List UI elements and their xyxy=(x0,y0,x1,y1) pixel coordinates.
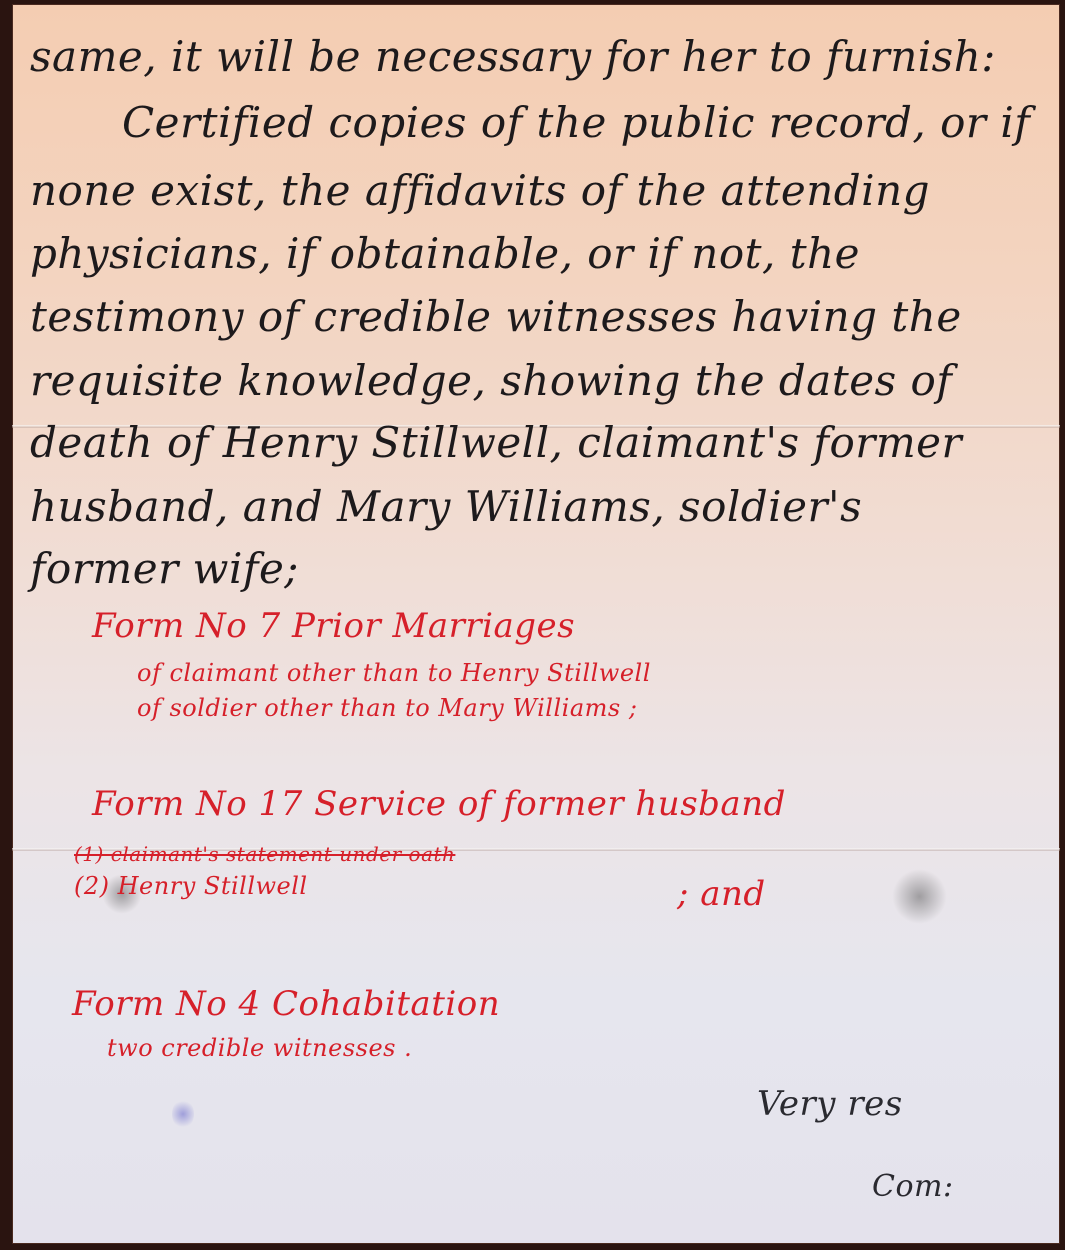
body-line-3: none exist, the affidavits of the attend… xyxy=(30,166,930,215)
form-7-line-1: of claimant other than to Henry Stillwel… xyxy=(137,659,651,687)
closing-very-respectfully: Very res xyxy=(757,1084,903,1124)
form-7-line-1-text: of claimant other than to Henry Stillwel… xyxy=(137,659,651,687)
body-line-9: former wife; xyxy=(30,544,299,593)
form-4-line-1: two credible witnesses . xyxy=(107,1034,412,1062)
body-line-7: death of Henry Stillwell, claimant's for… xyxy=(30,418,962,467)
form-7-heading: Form No 7 Prior Marriages xyxy=(92,606,575,646)
body-line-4: physicians, if obtainable, or if not, th… xyxy=(30,229,860,278)
letter-page: same, it will be necessary for her to fu… xyxy=(12,4,1060,1244)
closing-commissioner: Com: xyxy=(872,1169,954,1204)
form-17-line-1-struck: (1) claimant's statement under oath xyxy=(74,842,455,866)
body-line-6: requisite knowledge, showing the dates o… xyxy=(30,356,952,405)
form-4-heading: Form No 4 Cohabitation xyxy=(72,984,500,1024)
form-17-trailing: ; and xyxy=(677,874,766,914)
form-17-line-2: (2) Henry Stillwell xyxy=(74,872,308,900)
body-line-8: husband, and Mary Williams, soldier's xyxy=(30,482,862,531)
body-line-1: same, it will be necessary for her to fu… xyxy=(30,32,996,81)
body-line-5: testimony of credible witnesses having t… xyxy=(30,292,962,341)
form-7-line-2: of soldier other than to Mary Williams ; xyxy=(137,694,637,722)
ink-smudge xyxy=(892,869,947,924)
blue-ink-spot xyxy=(172,1099,194,1129)
body-line-2: Certified copies of the public record, o… xyxy=(122,98,1030,147)
form-17-heading: Form No 17 Service of former husband xyxy=(92,784,786,824)
